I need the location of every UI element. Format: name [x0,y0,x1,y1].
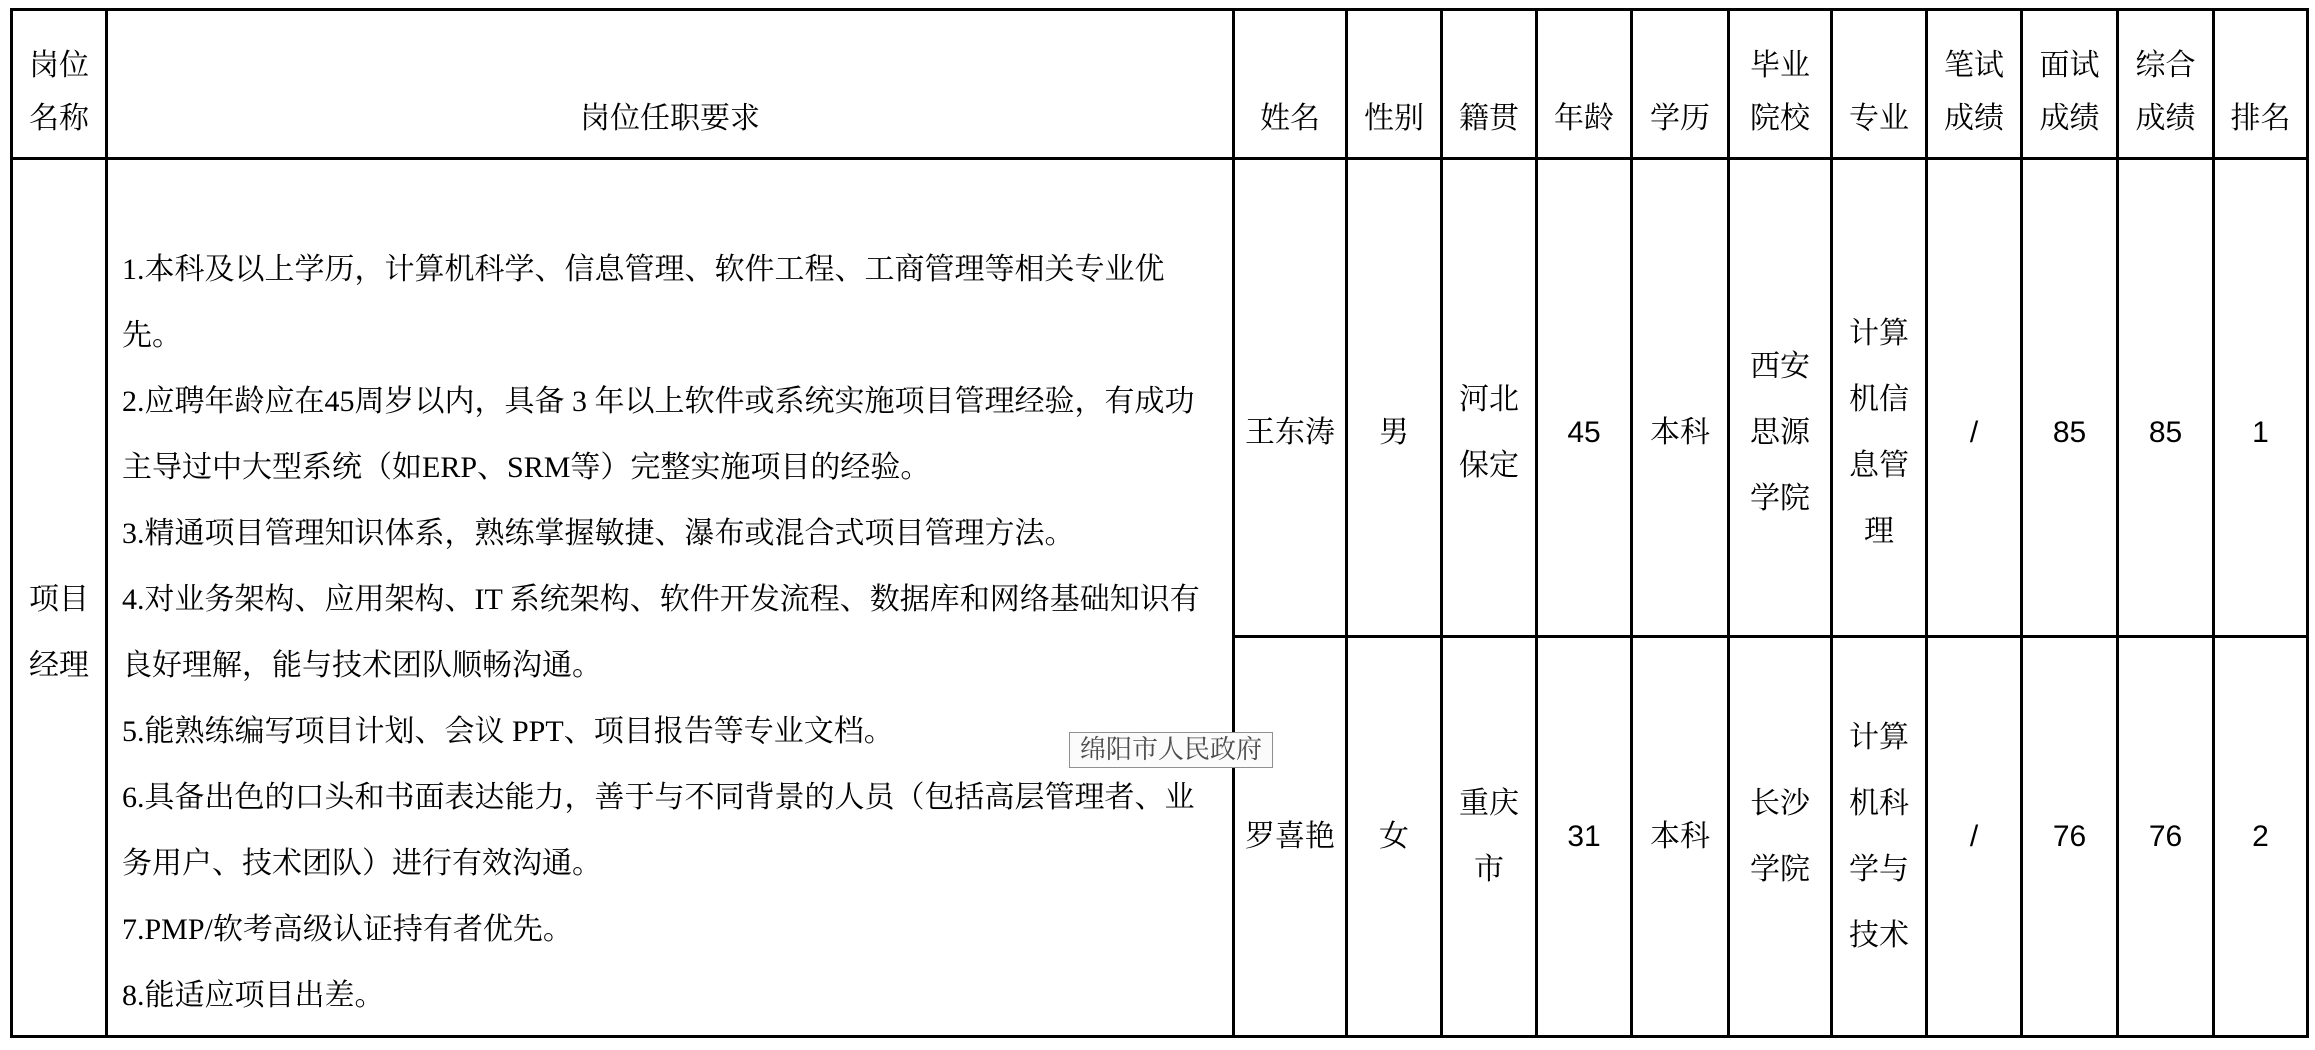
requirement-item: 5.能熟练编写项目计划、会议 PPT、项目报告等专业文档。 [122,699,1218,765]
requirement-item: 3.精通项目管理知识体系，熟练掌握敏捷、瀑布或混合式项目管理方法。 [122,501,1218,567]
hover-tooltip: 绵阳市人民政府 [1069,732,1273,768]
header-position-name: 岗位 名称 [12,10,107,159]
major-cell: 计算机科学与技术 [1832,637,1927,1037]
header-school: 毕业 院校 [1729,10,1832,159]
rank-cell: 2 [2214,637,2308,1037]
requirement-item: 6.具备出色的口头和书面表达能力，善于与不同背景的人员（包括高层管理者、业务用户… [122,765,1218,897]
written-score-cell: / [1927,159,2022,637]
requirements-cell: 1.本科及以上学历，计算机科学、信息管理、软件工程、工商管理等相关专业优先。 2… [107,159,1234,1037]
header-gender: 性别 [1347,10,1442,159]
requirement-item: 4.对业务架构、应用架构、IT 系统架构、软件开发流程、数据库和网络基础知识有良… [122,567,1218,699]
requirement-item: 8.能适应项目出差。 [122,963,1218,1029]
overall-score-cell: 76 [2118,637,2214,1037]
school-cell: 长沙学院 [1729,637,1832,1037]
gender-cell: 女 [1347,637,1442,1037]
position-name-text: 项目经理 [25,567,94,699]
header-name: 姓名 [1234,10,1347,159]
interview-score-cell: 85 [2022,159,2118,637]
rank-cell: 1 [2214,159,2308,637]
gender-cell: 男 [1347,159,1442,637]
native-place-cell: 河北保定 [1442,159,1537,637]
header-row: 岗位 名称 岗位任职要求 姓名 性别 籍贯 年龄 学历 毕业 院校 专业 笔试 … [12,10,2308,159]
table-row: 项目经理 1.本科及以上学历，计算机科学、信息管理、软件工程、工商管理等相关专业… [12,159,2308,637]
name-cell: 罗喜艳 [1234,637,1347,1037]
header-overall-score: 综合 成绩 [2118,10,2214,159]
header-major: 专业 [1832,10,1927,159]
position-name-cell: 项目经理 [12,159,107,1037]
header-requirements: 岗位任职要求 [107,10,1234,159]
requirement-item: 2.应聘年龄应在45周岁以内，具备 3 年以上软件或系统实施项目管理经验，有成功… [122,369,1218,501]
header-written-score: 笔试 成绩 [1927,10,2022,159]
school-cell: 西安思源学院 [1729,159,1832,637]
header-age: 年龄 [1537,10,1632,159]
header-interview-score: 面试 成绩 [2022,10,2118,159]
major-cell: 计算机信息管理 [1832,159,1927,637]
candidate-name: 王东涛 [1245,416,1335,449]
age-cell: 45 [1537,159,1632,637]
recruitment-results-table: 岗位 名称 岗位任职要求 姓名 性别 籍贯 年龄 学历 毕业 院校 专业 笔试 … [10,8,2309,1038]
header-rank: 排名 [2214,10,2308,159]
header-native-place: 籍贯 [1442,10,1537,159]
overall-score-cell: 85 [2118,159,2214,637]
candidate-name: 罗喜艳 [1245,820,1335,853]
education-cell: 本科 [1632,159,1729,637]
name-cell: 王东涛 [1234,159,1347,637]
requirement-item: 1.本科及以上学历，计算机科学、信息管理、软件工程、工商管理等相关专业优先。 [122,237,1218,369]
requirement-item: 7.PMP/软考高级认证持有者优先。 [122,897,1218,963]
age-cell: 31 [1537,637,1632,1037]
written-score-cell: / [1927,637,2022,1037]
header-education: 学历 [1632,10,1729,159]
interview-score-cell: 76 [2022,637,2118,1037]
education-cell: 本科 [1632,637,1729,1037]
native-place-cell: 重庆市 [1442,637,1537,1037]
